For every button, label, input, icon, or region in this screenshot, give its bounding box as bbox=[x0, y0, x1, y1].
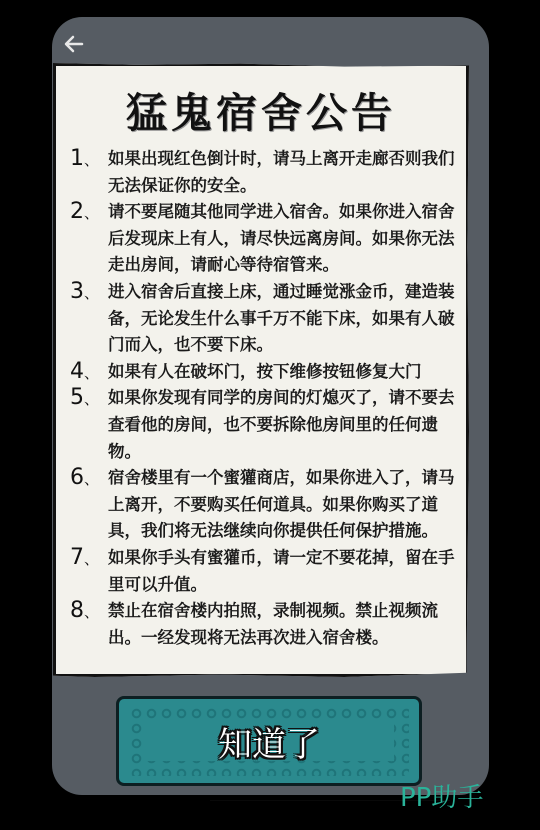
notice-paper: 猛鬼宿舍公告 1 如果出现红色倒计时，请马上离开走廊否则我们无法保证你的安全。 … bbox=[53, 63, 469, 677]
rule-number: 8 bbox=[70, 598, 99, 626]
rule-text: 如果你发现有同学的房间的灯熄灭了，请不要去查看他的房间，也不要拆除他房间里的任何… bbox=[108, 388, 455, 460]
rule-item: 2 请不要尾随其他同学进入宿舍。如果你进入宿舍后发现床上有人，请尽快远离房间。如… bbox=[70, 199, 460, 279]
rule-text: 如果你手头有蜜獾币，请一定不要花掉，留在手里可以升值。 bbox=[108, 548, 455, 594]
rule-text: 进入宿舍后直接上床，通过睡觉涨金币，建造装备，无论发生什么事千万不能下床，如果有… bbox=[108, 282, 455, 354]
rule-text: 禁止在宿舍楼内拍照，录制视频。禁止视频流出。一经发现将无法再次进入宿舍楼。 bbox=[108, 601, 438, 647]
rule-item: 1 如果出现红色倒计时，请马上离开走廊否则我们无法保证你的安全。 bbox=[70, 146, 460, 199]
confirm-button-label: 知道了 bbox=[119, 717, 419, 766]
rule-text: 宿舍楼里有一个蜜獾商店，如果你进入了，请马上离开，不要购买任何道具。如果你购买了… bbox=[108, 468, 455, 540]
rules-list: 1 如果出现红色倒计时，请马上离开走廊否则我们无法保证你的安全。 2 请不要尾随… bbox=[70, 146, 460, 651]
rule-text: 请不要尾随其他同学进入宿舍。如果你进入宿舍后发现床上有人，请尽快远离房间。如果你… bbox=[108, 202, 455, 274]
rule-item: 5 如果你发现有同学的房间的灯熄灭了，请不要去查看他的房间，也不要拆除他房间里的… bbox=[70, 385, 460, 465]
rule-text: 如果有人在破坏门，按下维修按钮修复大门 bbox=[108, 362, 422, 381]
rule-number: 2 bbox=[70, 199, 99, 227]
rule-number: 5 bbox=[70, 385, 99, 413]
notice-title: 猛鬼宿舍公告 bbox=[56, 80, 466, 139]
rule-number: 1 bbox=[70, 146, 99, 174]
rule-item: 7 如果你手头有蜜獾币，请一定不要花掉，留在手里可以升值。 bbox=[70, 545, 460, 598]
rule-number: 6 bbox=[70, 465, 99, 493]
rule-item: 3 进入宿舍后直接上床，通过睡觉涨金币，建造装备，无论发生什么事千万不能下床，如… bbox=[70, 279, 460, 359]
back-button[interactable] bbox=[60, 30, 88, 58]
rule-item: 8 禁止在宿舍楼内拍照，录制视频。禁止视频流出。一经发现将无法再次进入宿舍楼。 bbox=[70, 598, 460, 651]
rule-number: 3 bbox=[70, 279, 99, 307]
arrow-left-icon bbox=[60, 30, 88, 58]
rule-item: 6 宿舍楼里有一个蜜獾商店，如果你进入了，请马上离开，不要购买任何道具。如果你购… bbox=[70, 465, 460, 545]
rule-number: 4 bbox=[70, 359, 99, 387]
rule-text: 如果出现红色倒计时，请马上离开走廊否则我们无法保证你的安全。 bbox=[108, 149, 455, 195]
watermark-logo: PP助手 bbox=[400, 777, 483, 814]
rule-number: 7 bbox=[70, 545, 99, 573]
confirm-button[interactable]: 知道了 bbox=[116, 696, 422, 786]
rule-item: 4 如果有人在破坏门，按下维修按钮修复大门 bbox=[70, 359, 460, 386]
